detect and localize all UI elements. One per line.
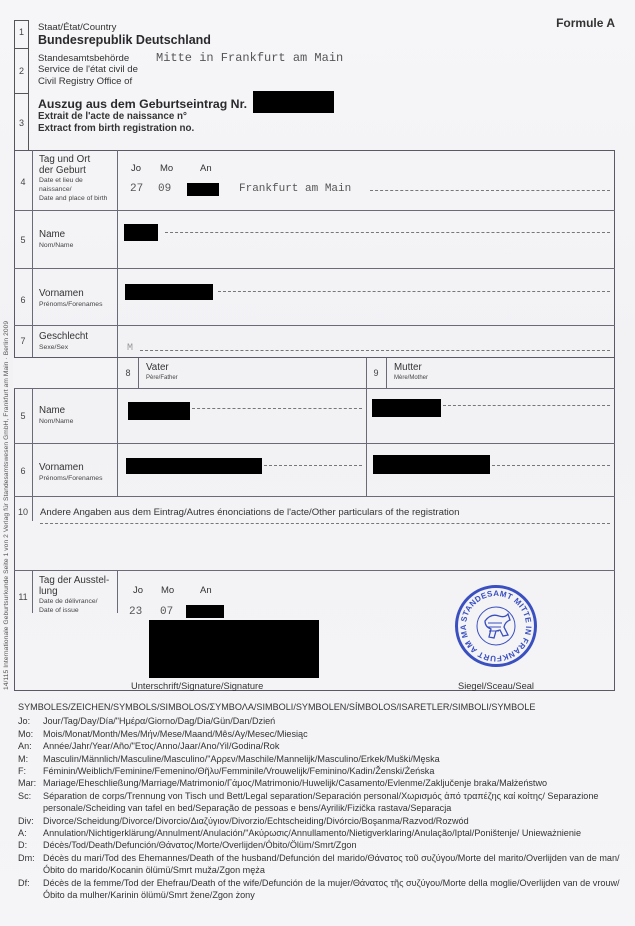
day-header: Jo	[131, 163, 141, 174]
section-number: 3	[14, 118, 29, 128]
legend-text: Année/Jahr/Year/Año/"Ετος/Anno/Jaar/Ano/…	[43, 740, 623, 752]
label-line: Vornamen	[39, 463, 102, 474]
section-number: 10	[14, 507, 32, 517]
legend-key: F:	[18, 765, 43, 777]
legend-key: Div:	[18, 815, 43, 827]
seal-label: Siegel/Sceau/Seal	[458, 681, 534, 691]
year-header: An	[200, 585, 212, 596]
label-line: Vornamen	[39, 289, 102, 300]
birth-place: Frankfurt am Main	[239, 183, 351, 195]
birth-date-place-label: Tag und Ort der Geburt Date et lieu de n…	[39, 155, 107, 203]
label-line: Vater	[146, 363, 178, 374]
official-seal-stamp: STANDESAMT MITTE IN FRANKFURT AM MAIN	[455, 585, 537, 667]
legend-item: D:Décès/Tod/Death/Defunción/Θάνατος/Mort…	[18, 839, 623, 851]
table-gap	[13, 358, 117, 388]
redacted-birth-year	[187, 183, 219, 196]
form-label: Formule A	[556, 16, 615, 30]
registration-subtitle-en: Extract from birth registration no.	[38, 123, 247, 135]
redacted-name	[124, 224, 158, 241]
legend-item: Sc:Séparation de corps/Trennung von Tisc…	[18, 790, 623, 815]
legend-key: A:	[18, 827, 43, 839]
registry-office-field: Standesamtsbehörde Service de l'état civ…	[38, 53, 138, 87]
svg-text:STANDESAMT MITTE IN FRANKFURT: STANDESAMT MITTE IN FRANKFURT AM MAIN	[455, 585, 533, 663]
top-number-column	[14, 20, 29, 150]
legend-text: Décès/Tod/Death/Defunción/Θάνατος/Morte/…	[43, 839, 623, 851]
symbols-legend: SYMBOLES/ZEICHEN/SYMBOLS/SIMBOLOS/ΣΥΜΒΟΛ…	[18, 701, 623, 902]
legend-key: Df:	[18, 877, 43, 902]
label-line: Date and place of birth	[39, 194, 107, 203]
legend-item: Dm:Décès du mari/Tod des Ehemannes/Death…	[18, 852, 623, 877]
legend-text: Féminin/Weiblich/Feminine/Femenino/Θῆλυ/…	[43, 765, 623, 777]
fill-line	[40, 523, 610, 524]
legend-text: Décès du mari/Tod des Ehemannes/Death of…	[43, 852, 623, 877]
section-number: 1	[14, 27, 29, 37]
publisher-side-text: 14/115 Internationale Geburtsurkunde Sei…	[3, 321, 10, 690]
divider	[366, 358, 367, 496]
label-line: Date of issue	[39, 606, 109, 615]
divider	[32, 496, 33, 521]
parent-forenames-label: Vornamen Prénoms/Forenames	[39, 463, 102, 483]
redacted-registration-number	[253, 91, 334, 113]
divider	[32, 570, 33, 613]
legend-key: Sc:	[18, 790, 43, 815]
fill-line	[492, 465, 610, 466]
divider	[14, 388, 118, 389]
fill-line	[165, 232, 610, 233]
divider	[14, 93, 29, 94]
legend-item: Mo:Mois/Monat/Month/Mes/Μήν/Mese/Maand/M…	[18, 728, 623, 740]
divider	[117, 570, 118, 613]
divider	[117, 150, 118, 358]
legend-key: Mo:	[18, 728, 43, 740]
signature-label: Unterschrift/Signature/Signature	[131, 681, 263, 691]
legend-item: Div:Divorce/Scheidung/Divorce/Divorcio/Δ…	[18, 815, 623, 827]
issue-date-label: Tag der Ausstel- lung Date de délivrance…	[39, 576, 109, 615]
parent-name-label: Name Nom/Name	[39, 406, 73, 426]
legend-text: Annulation/Nichtigerklärung/Annulment/An…	[43, 827, 623, 839]
legend-key: Dm:	[18, 852, 43, 877]
registration-number-field: Auszug aus dem Geburtseintrag Nr. Extrai…	[38, 97, 247, 135]
issue-month: 07	[160, 606, 173, 618]
legend-text: Jour/Tag/Day/Día/"Ημέρα/Giorno/Dag/Dia/G…	[43, 715, 623, 727]
legend-text: Mois/Monat/Month/Mes/Μήν/Mese/Maand/Mês/…	[43, 728, 623, 740]
label-line: Geschlecht	[39, 332, 88, 343]
label-line: Mutter	[394, 363, 428, 374]
month-header: Mo	[160, 163, 173, 174]
sex-label: Geschlecht Sexe/Sex	[39, 332, 88, 352]
legend-key: D:	[18, 839, 43, 851]
issue-day: 23	[129, 606, 142, 618]
country-value: Bundesrepublik Deutschland	[38, 33, 211, 47]
section-number: 11	[14, 592, 32, 602]
legend-item: Jo:Jour/Tag/Day/Día/"Ημέρα/Giorno/Dag/Di…	[18, 715, 623, 727]
label-line: Père/Father	[146, 374, 178, 383]
section-number: 8	[119, 368, 137, 378]
divider	[117, 388, 615, 389]
forenames-label: Vornamen Prénoms/Forenames	[39, 289, 102, 309]
section-number: 2	[14, 66, 29, 76]
redacted-mother-forenames	[373, 455, 490, 474]
section-number: 5	[14, 411, 32, 421]
fill-line	[192, 408, 362, 409]
sex-value: M	[127, 343, 133, 354]
seal-text: STANDESAMT MITTE IN FRANKFURT AM MAIN	[455, 585, 533, 663]
label-line: Tag und Ort	[39, 155, 107, 166]
label-line: der Geburt	[39, 166, 107, 177]
section-number: 6	[14, 295, 32, 305]
legend-item: A:Annulation/Nichtigerklärung/Annulment/…	[18, 827, 623, 839]
label-line: Date de délivrance/	[39, 597, 109, 606]
redacted-father-name	[128, 402, 190, 420]
registry-office-value: Mitte in Frankfurt am Main	[156, 51, 343, 65]
label-line: Sexe/Sex	[39, 343, 88, 352]
label-line: Nom/Name	[39, 417, 73, 426]
section-number: 7	[14, 336, 32, 346]
label-line: Prénoms/Forenames	[39, 474, 102, 483]
legend-text: Masculin/Männlich/Masculine/Masculino/"Α…	[43, 753, 623, 765]
divider	[138, 358, 139, 388]
registration-title: Auszug aus dem Geburtseintrag Nr.	[38, 97, 247, 111]
legend-text: Divorce/Scheidung/Divorce/Divorcio/Διαζύ…	[43, 815, 623, 827]
label-line: Prénoms/Forenames	[39, 300, 102, 309]
legend-key: Jo:	[18, 715, 43, 727]
legend-item: Df:Décès de la femme/Tod der Ehefrau/Dea…	[18, 877, 623, 902]
redacted-issue-year	[186, 605, 224, 618]
legend-items: Jo:Jour/Tag/Day/Día/"Ημέρα/Giorno/Dag/Di…	[18, 715, 623, 901]
fill-line	[218, 291, 610, 292]
redacted-mother-name	[372, 399, 441, 417]
label-line: Nom/Name	[39, 241, 73, 250]
divider	[14, 443, 615, 444]
country-label: Staat/État/Country	[38, 22, 211, 33]
legend-heading: SYMBOLES/ZEICHEN/SYMBOLS/SIMBOLOS/ΣΥΜΒΟΛ…	[18, 701, 623, 713]
divider	[14, 268, 615, 269]
country-field: Staat/État/Country Bundesrepublik Deutsc…	[38, 22, 211, 47]
divider	[386, 358, 387, 388]
label-line: Name	[39, 406, 73, 417]
divider	[14, 325, 615, 326]
birth-month: 09	[158, 183, 171, 195]
label-line: lung	[39, 587, 109, 598]
birth-certificate-page: 14/115 Internationale Geburtsurkunde Sei…	[0, 0, 635, 926]
legend-text: Mariage/Eheschließung/Marriage/Matrimoni…	[43, 777, 623, 789]
registry-label-en: Civil Registry Office of	[38, 76, 138, 87]
section-number: 5	[14, 235, 32, 245]
divider	[32, 388, 33, 496]
legend-item: Mar:Mariage/Eheschließung/Marriage/Matri…	[18, 777, 623, 789]
legend-text: Décès de la femme/Tod der Ehefrau/Death …	[43, 877, 623, 902]
fill-line	[264, 465, 362, 466]
legend-key: An:	[18, 740, 43, 752]
divider	[14, 210, 615, 211]
label-line: naissance/	[39, 185, 107, 194]
label-line: Mère/Mother	[394, 374, 428, 383]
label-line: Name	[39, 230, 73, 241]
legend-item: F:Féminin/Weiblich/Feminine/Femenino/Θῆλ…	[18, 765, 623, 777]
section-number: 6	[14, 466, 32, 476]
registration-subtitle-fr: Extrait de l'acte de naissance n°	[38, 111, 247, 123]
label-line: Tag der Ausstel-	[39, 576, 109, 587]
month-header: Mo	[161, 585, 174, 596]
legend-key: M:	[18, 753, 43, 765]
other-particulars-label: Andere Angaben aus dem Eintrag/Autres én…	[40, 507, 459, 518]
redacted-signature	[149, 620, 319, 678]
year-header: An	[200, 163, 212, 174]
divider	[14, 357, 615, 358]
mother-header: Mutter Mère/Mother	[394, 363, 428, 383]
name-label: Name Nom/Name	[39, 230, 73, 250]
redacted-forenames	[125, 284, 213, 300]
day-header: Jo	[133, 585, 143, 596]
father-header: Vater Père/Father	[146, 363, 178, 383]
label-line: Date et lieu de	[39, 176, 107, 185]
seal-emblem-icon: STANDESAMT MITTE IN FRANKFURT AM MAIN	[455, 585, 537, 667]
fill-line	[443, 405, 610, 406]
legend-item: An:Année/Jahr/Year/Año/"Ετος/Anno/Jaar/A…	[18, 740, 623, 752]
divider	[32, 150, 33, 358]
legend-item: M:Masculin/Männlich/Masculine/Masculino/…	[18, 753, 623, 765]
section-number: 9	[367, 368, 385, 378]
registry-label-fr: Service de l'état civil de	[38, 64, 138, 75]
legend-text: Séparation de corps/Trennung von Tisch u…	[43, 790, 623, 815]
fill-line	[140, 350, 610, 351]
divider	[14, 570, 615, 571]
divider	[14, 496, 615, 497]
divider	[117, 358, 118, 496]
registry-label-de: Standesamtsbehörde	[38, 53, 138, 64]
fill-line	[370, 190, 610, 191]
redacted-father-forenames	[126, 458, 262, 474]
legend-key: Mar:	[18, 777, 43, 789]
birth-day: 27	[130, 183, 143, 195]
divider	[14, 48, 29, 49]
section-number: 4	[14, 177, 32, 187]
